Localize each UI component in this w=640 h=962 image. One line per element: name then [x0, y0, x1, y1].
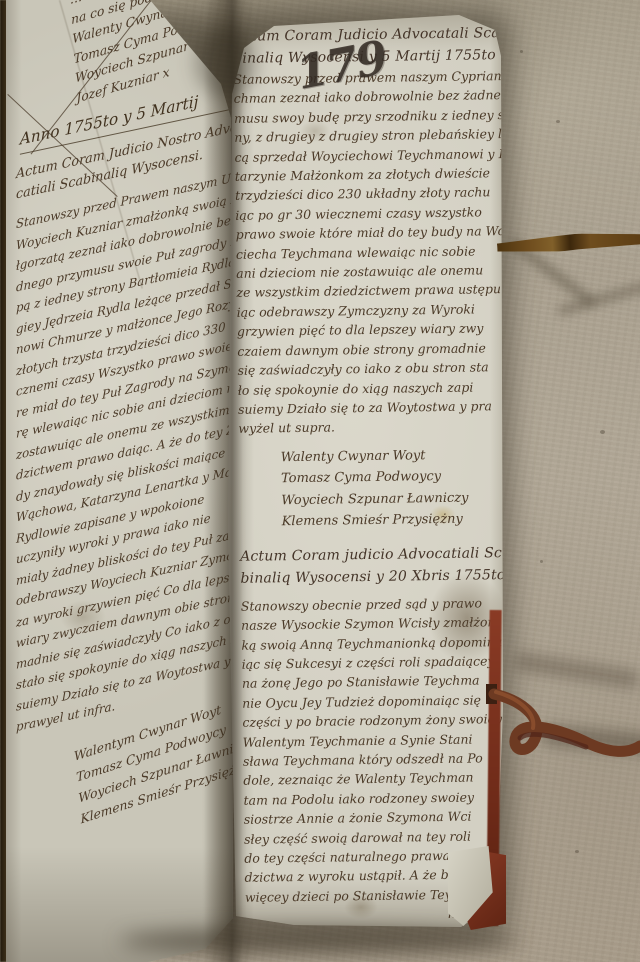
heading-line: Actum Coram judicio Advocatiali Sca: [240, 542, 500, 568]
gutter-top-shadow: [196, 28, 256, 98]
left-page-text: …wie Dnia y rokuna co się podpisuiąWalen…: [16, 0, 240, 830]
leather-strap-bottom: [486, 656, 640, 806]
signature-line: Woyciech Szpunar Ławniczy: [281, 487, 499, 512]
heading-line: binaliq Wysocensi y 20 Xbris 1755to: [240, 564, 500, 590]
signature-line: Tomasz Cyma Podwoycy: [281, 465, 499, 490]
stone-speck: [575, 850, 579, 853]
signature-line: Klemens Smieśr Przysiężny: [282, 508, 500, 533]
right-page: Actum Coram Judicio Advocatali Scabinali…: [224, 10, 510, 940]
right-signatures: Walenty Cwynar WoytTomasz Cyma PodwoycyW…: [281, 444, 500, 533]
signature-line: Walenty Cwynar Woyt: [281, 444, 499, 469]
stone-speck: [540, 560, 543, 563]
stone-speck: [600, 430, 605, 434]
left-entry-body: Stanowszy przed Prawem naszym UrWoyciech…: [16, 149, 240, 738]
left-page: …wie Dnia y rokuna co się podpisuiąWalen…: [0, 0, 240, 962]
right-page-text: Actum Coram Judicio Advocatali Scabinali…: [233, 22, 506, 926]
entry2-heading: Actum Coram judicio Advocatiali Scabinal…: [240, 542, 501, 590]
stone-speck: [556, 120, 560, 123]
body-line: wyżel ut supra.: [238, 416, 498, 439]
book-bottom-shadow: [120, 928, 520, 954]
entry1-body: Stanowszy przed prawem naszym Cyprian Te…: [233, 66, 498, 438]
manuscript-photo: …wie Dnia y rokuna co się podpisuiąWalen…: [0, 0, 640, 962]
body-line: suiemy Działo się to za Woytostwa y pra: [238, 396, 498, 419]
stone-speck: [520, 50, 523, 53]
